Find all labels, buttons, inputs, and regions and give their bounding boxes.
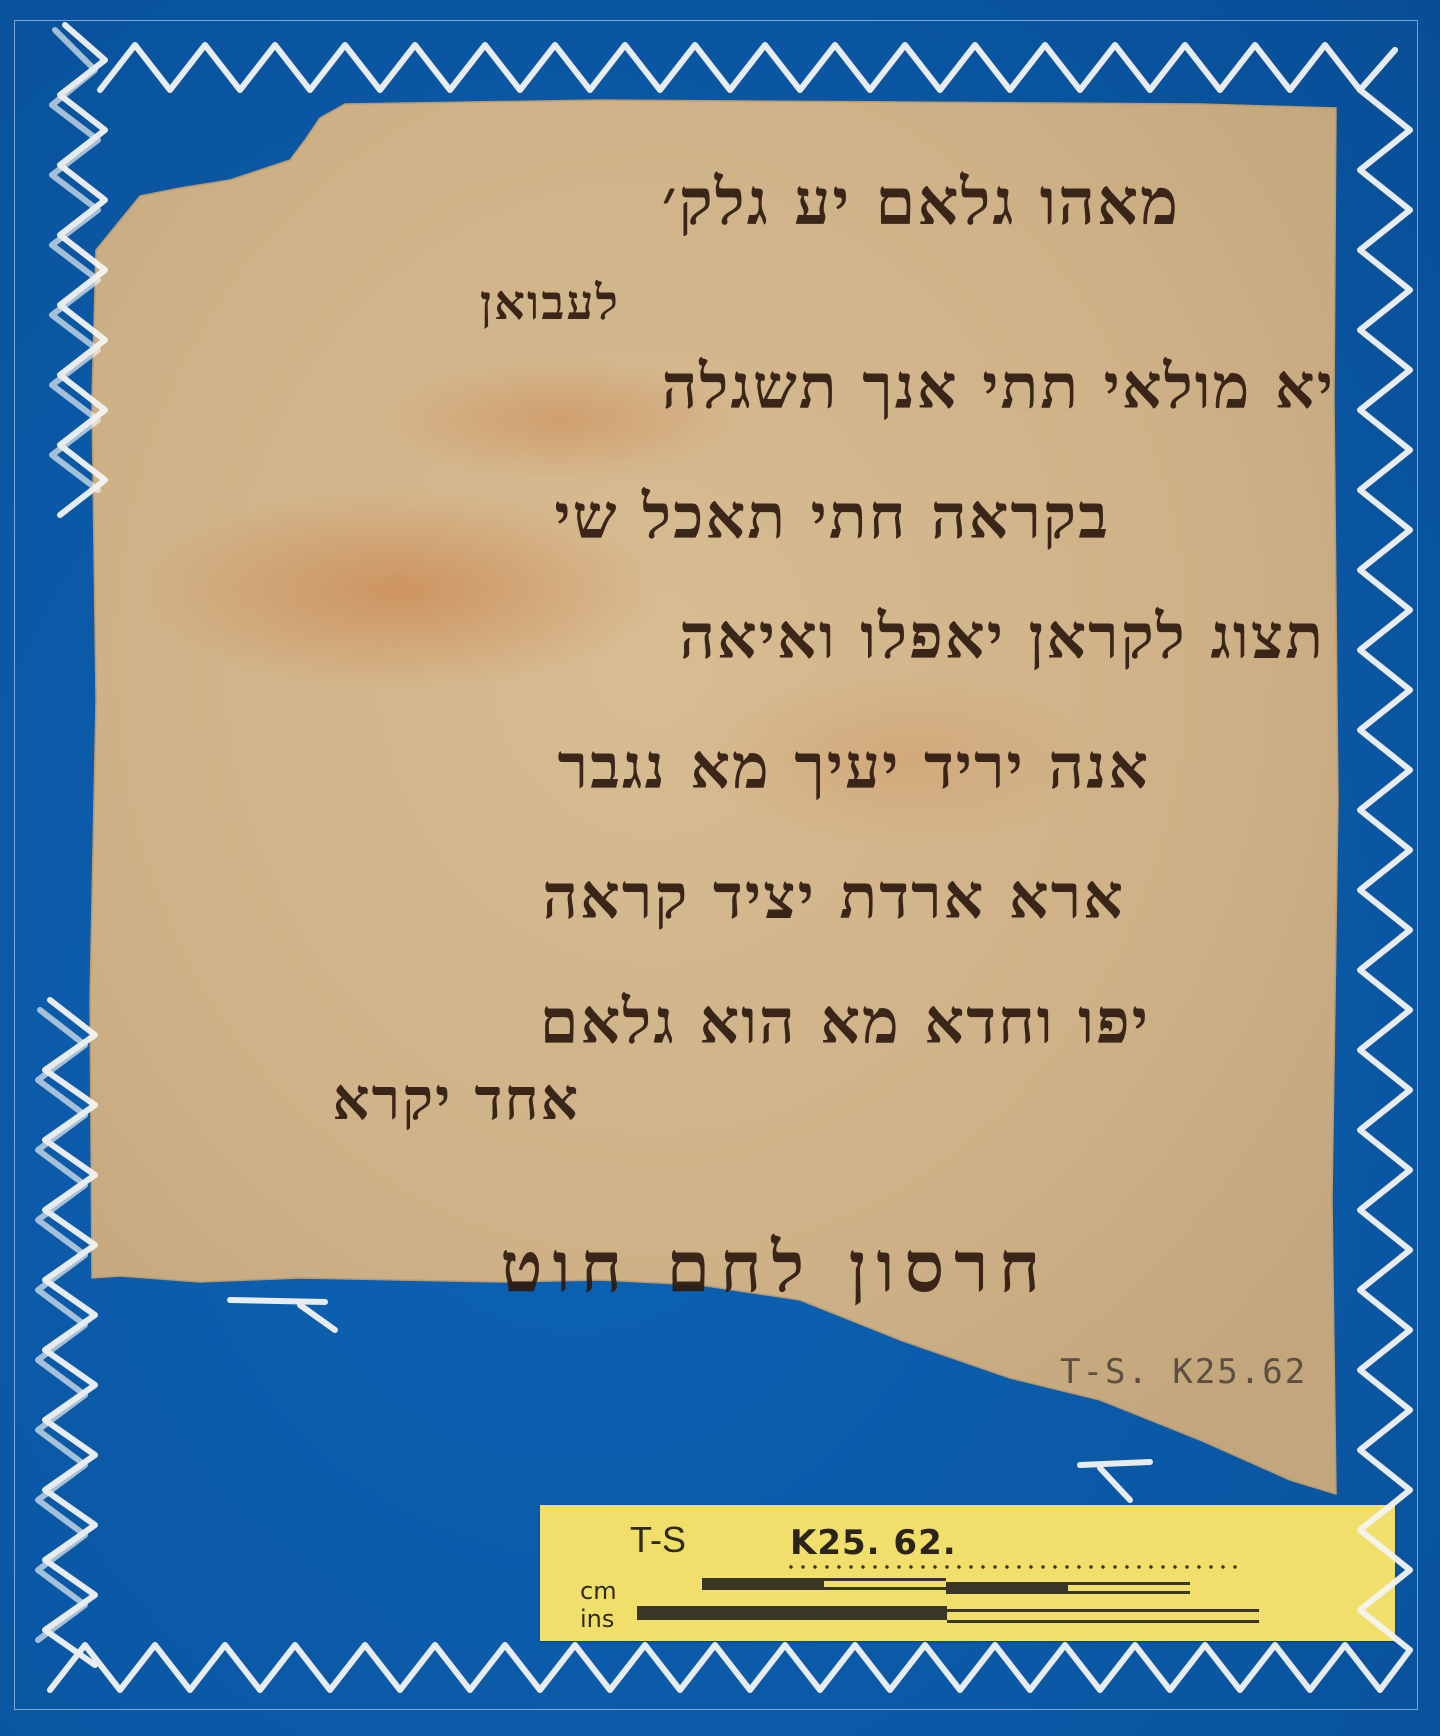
white-stitching — [0, 0, 1440, 1736]
manuscript-photo: מאהו גלאם יע גלק׳ לעבואן יא מולאי תתי אנ… — [0, 0, 1440, 1736]
